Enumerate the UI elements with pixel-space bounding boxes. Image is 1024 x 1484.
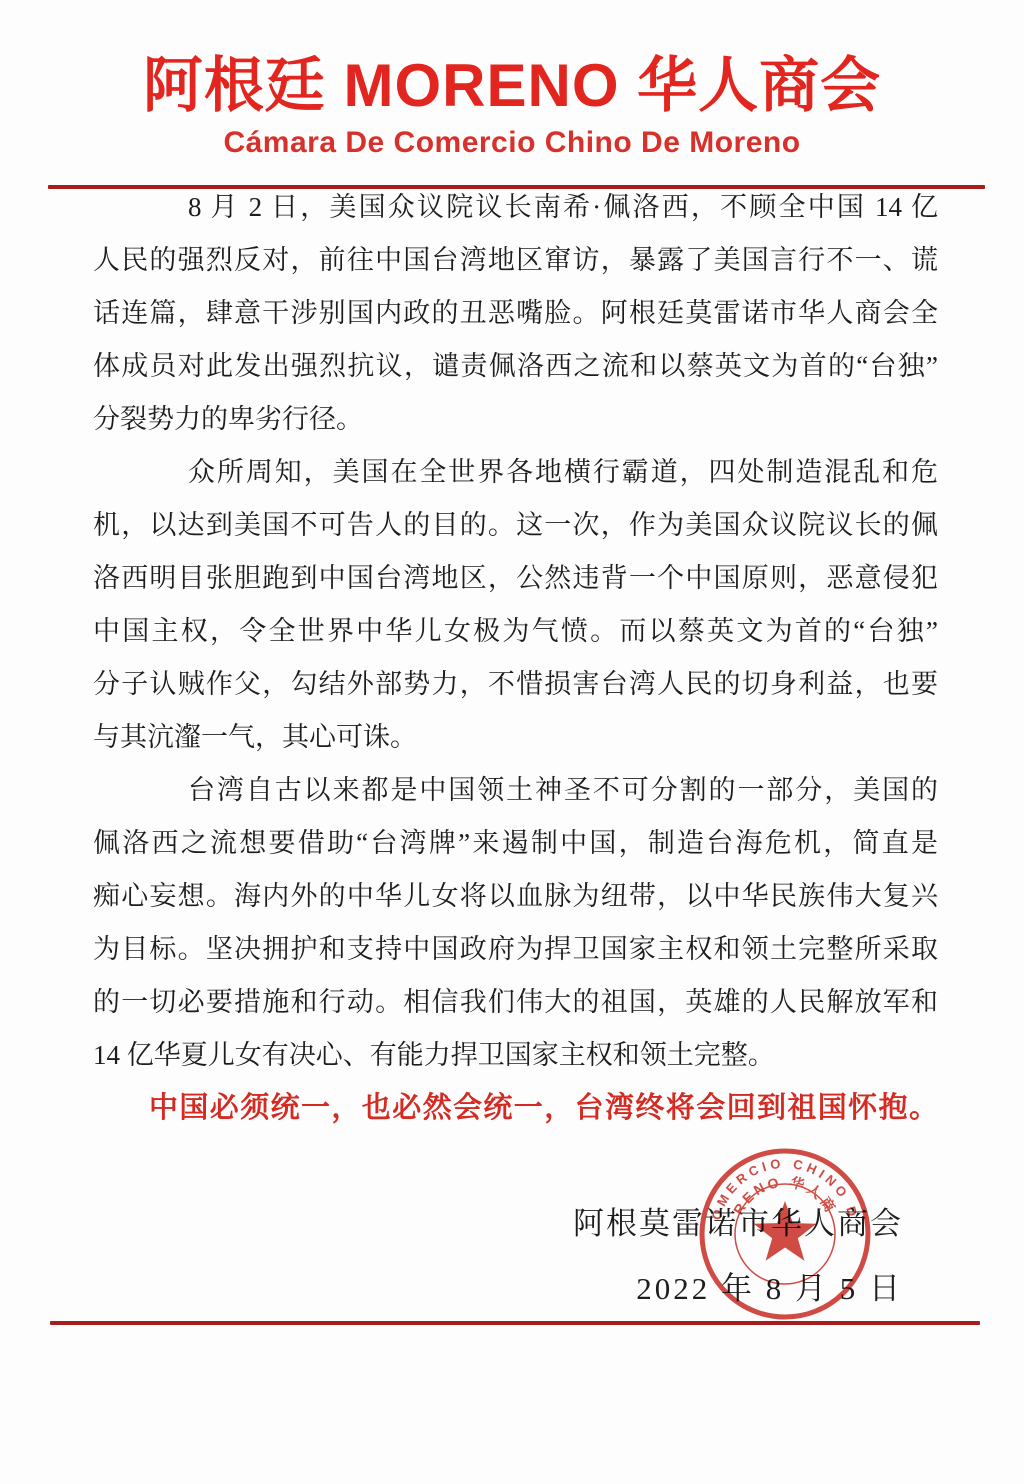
emphasis-line: 中国必须统一，也必然会统一，台湾终将会回到祖国怀抱。	[93, 1082, 938, 1135]
body-line: 佩洛西之流想要借助“台湾牌”来遏制中国，制造台海危机，简直是	[93, 817, 938, 870]
signature-block: 阿根莫雷诺市华人商会 2022 年 8 月 5 日	[573, 1198, 903, 1308]
body-line: 为目标。坚决拥护和支持中国政府为捍卫国家主权和领土完整所采取	[93, 923, 938, 976]
signature-date: 2022 年 8 月 5 日	[573, 1263, 903, 1308]
body-line: 洛西明目张胆跑到中国台湾地区，公然违背一个中国原则，恶意侵犯	[93, 552, 938, 605]
body-line: 中国主权，令全世界中华儿女极为气愤。而以蔡英文为首的“台独”	[93, 605, 938, 658]
body-line: 14 亿华夏儿女有决心、有能力捍卫国家主权和领土完整。	[93, 1029, 938, 1082]
org-title-spanish: Cámara De Comercio Chino De Moreno	[0, 126, 1024, 160]
signature-org: 阿根莫雷诺市华人商会	[573, 1198, 903, 1243]
statement-body: 8 月 2 日，美国众议院议长南希·佩洛西，不顾全中国 14 亿 人民的强烈反对…	[93, 181, 938, 1135]
body-line: 8 月 2 日，美国众议院议长南希·佩洛西，不顾全中国 14 亿	[93, 181, 938, 234]
body-line: 体成员对此发出强烈抗议，谴责佩洛西之流和以蔡英文为首的“台独”	[93, 340, 938, 393]
bottom-divider	[50, 1321, 980, 1325]
body-line: 众所周知，美国在全世界各地横行霸道，四处制造混乱和危	[93, 446, 938, 499]
body-line: 机，以达到美国不可告人的目的。这一次，作为美国众议院议长的佩	[93, 499, 938, 552]
body-line: 与其沆瀣一气，其心可诛。	[93, 711, 938, 764]
org-title-chinese: 阿根廷 MORENO 华人商会	[0, 50, 1024, 122]
body-line: 的一切必要措施和行动。相信我们伟大的祖国，英雄的人民解放军和	[93, 976, 938, 1029]
document-header: 阿根廷 MORENO 华人商会 Cámara De Comercio Chino…	[0, 50, 1024, 160]
body-line: 分子认贼作父，勾结外部势力，不惜损害台湾人民的切身利益，也要	[93, 658, 938, 711]
body-line: 痴心妄想。海内外的中华儿女将以血脉为纽带，以中华民族伟大复兴	[93, 870, 938, 923]
body-line: 分裂势力的卑劣行径。	[93, 393, 938, 446]
body-line: 人民的强烈反对，前往中国台湾地区窜访，暴露了美国言行不一、谎	[93, 234, 938, 287]
document-page: 阿根廷 MORENO 华人商会 Cámara De Comercio Chino…	[0, 0, 1024, 1484]
body-line: 台湾自古以来都是中国领土神圣不可分割的一部分，美国的	[93, 764, 938, 817]
body-line: 话连篇，肆意干涉别国内政的丑恶嘴脸。阿根廷莫雷诺市华人商会全	[93, 287, 938, 340]
